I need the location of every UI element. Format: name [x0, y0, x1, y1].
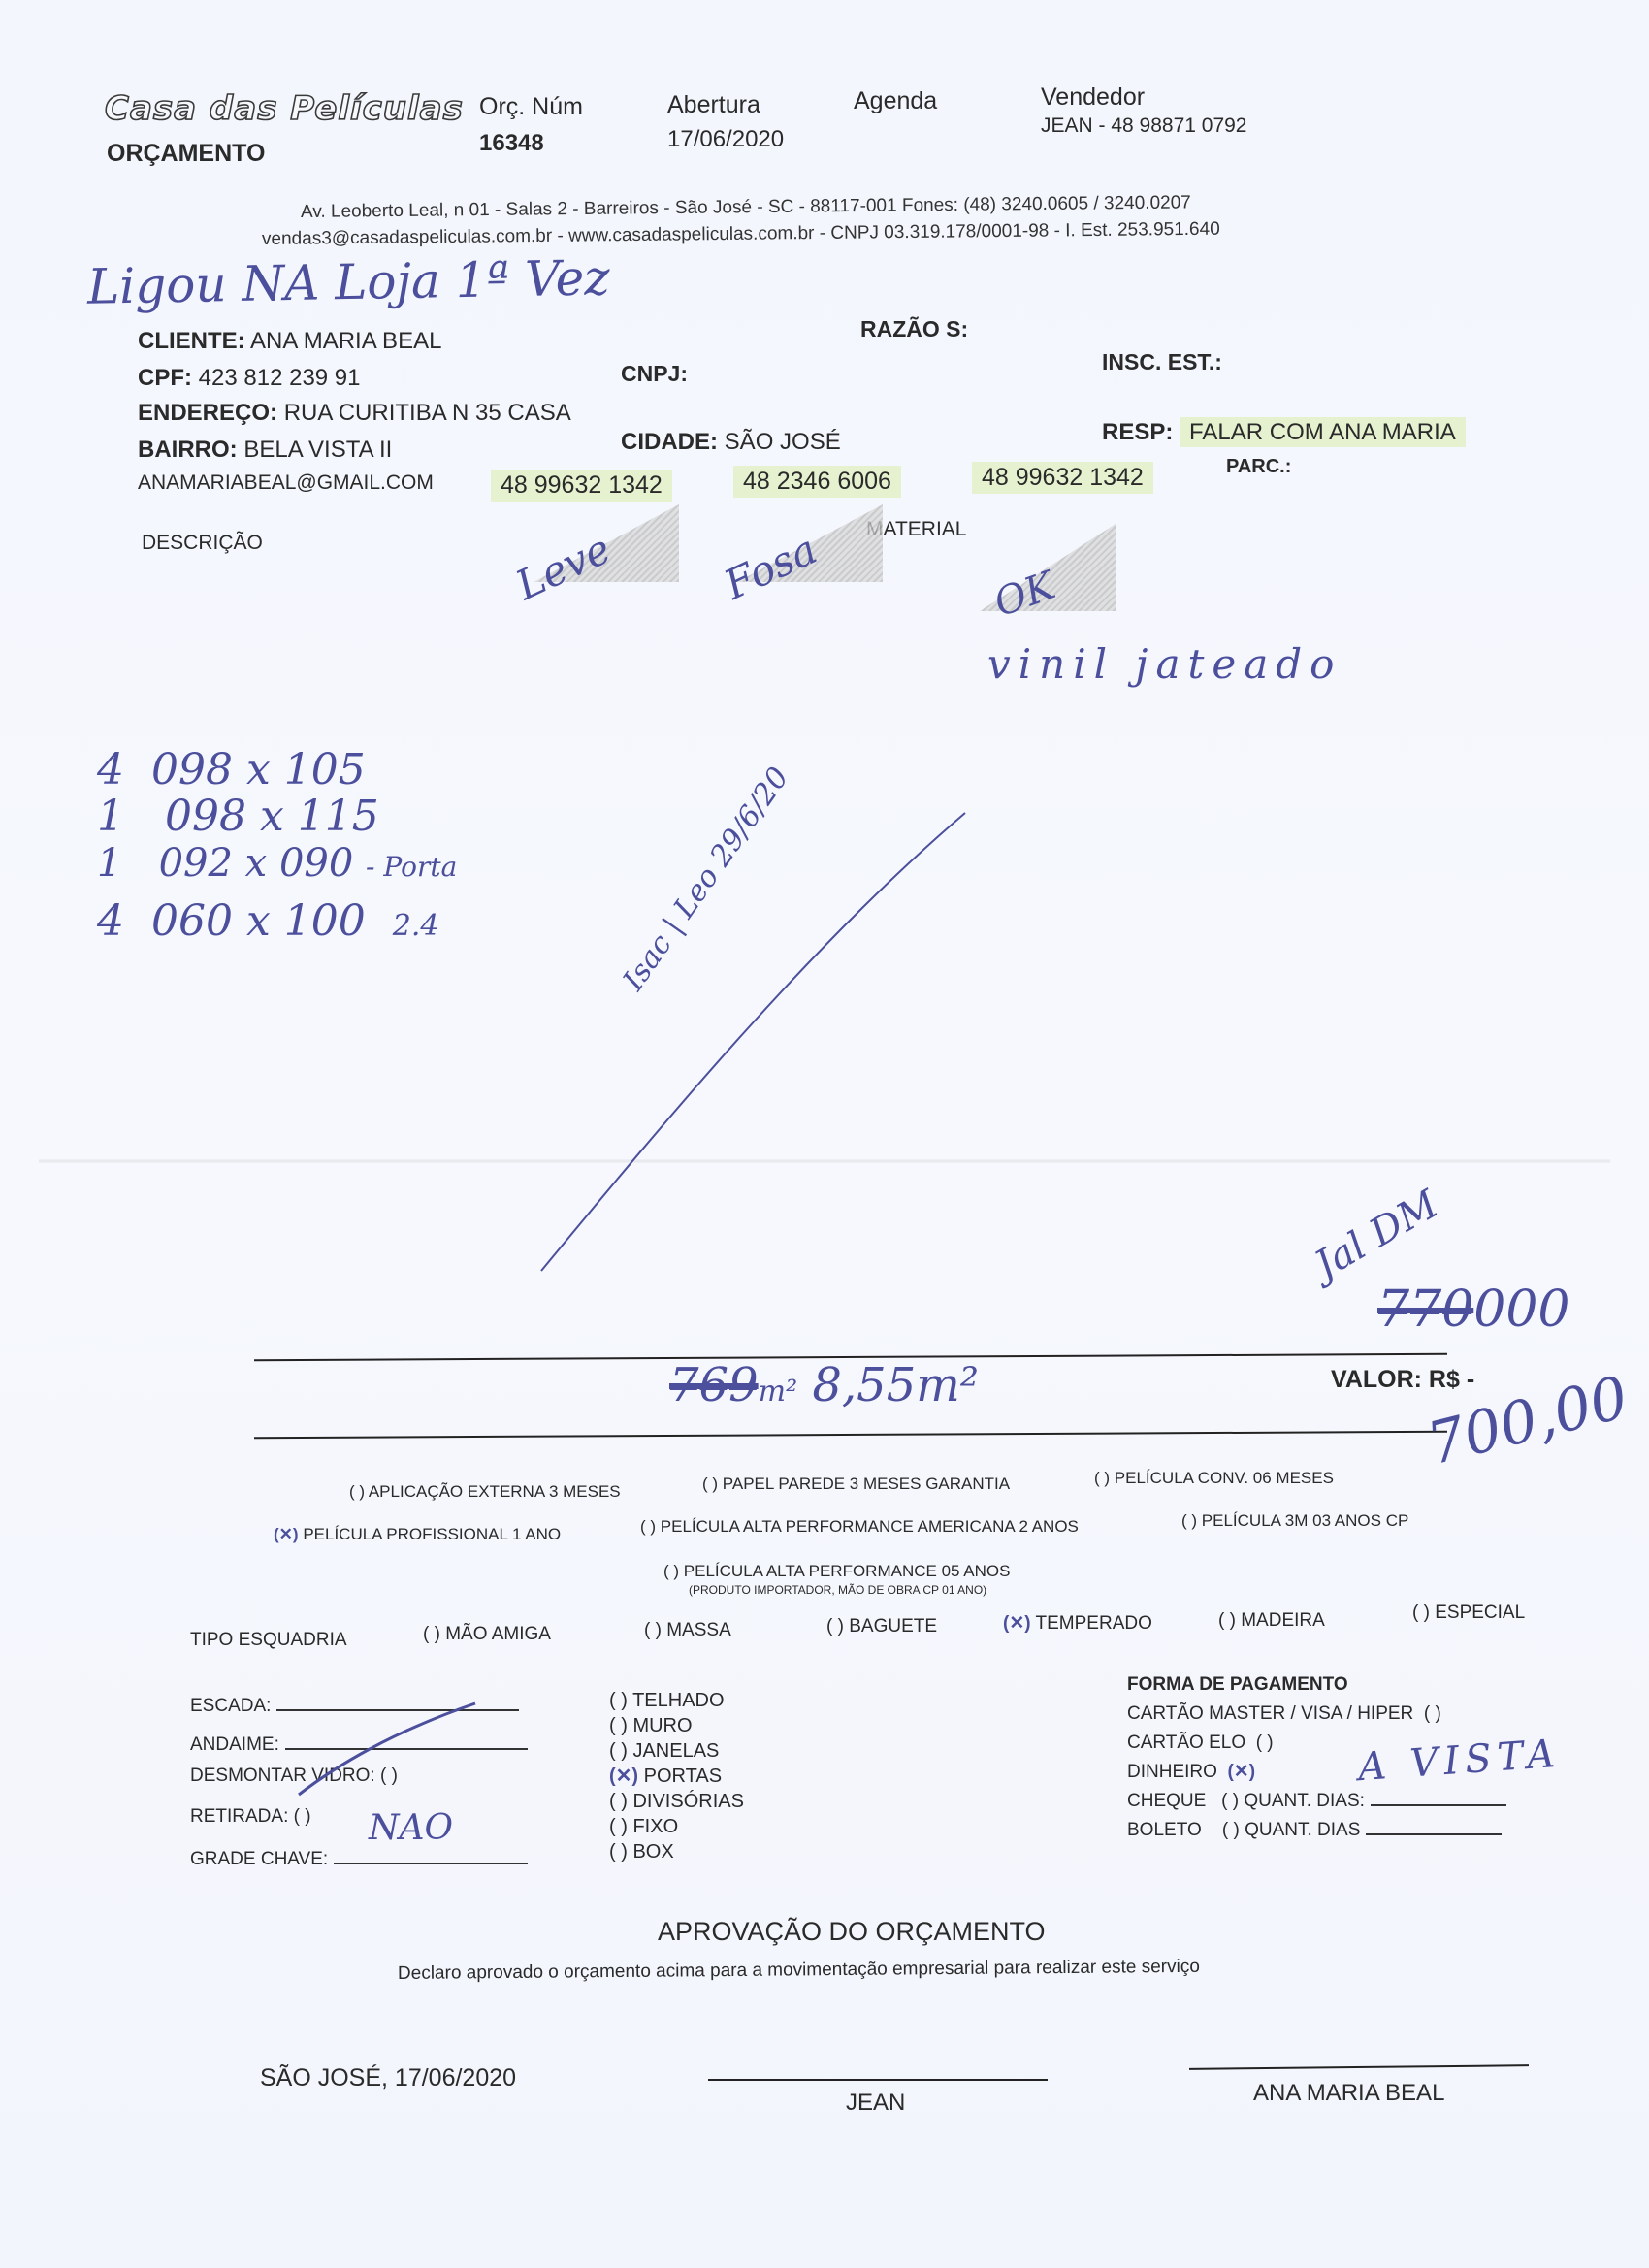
- handwritten-note-top: Ligou NA Loja 1ª Vez: [87, 249, 611, 314]
- rule-line: [254, 1431, 1447, 1439]
- cidade-label: CIDADE:: [621, 429, 718, 455]
- checkbox[interactable]: ( ): [644, 1620, 662, 1640]
- checkbox[interactable]: ( ): [609, 1715, 628, 1736]
- esquadria-label: TIPO ESQUADRIA: [190, 1630, 347, 1651]
- approval-title: APROVAÇÃO DO ORÇAMENTO: [658, 1917, 1046, 1947]
- checkbox[interactable]: ( ): [1181, 1511, 1197, 1530]
- local-label: MURO: [632, 1715, 692, 1736]
- quant-dias-label: QUANT. DIAS:: [1244, 1791, 1365, 1811]
- old-total-cents: 000: [1473, 1280, 1569, 1339]
- service-label: PAPEL PAREDE 3 MESES GARANTIA: [723, 1474, 1010, 1493]
- checkbox[interactable]: ( ): [1424, 1703, 1441, 1724]
- abertura-value: 17/06/2020: [667, 126, 784, 153]
- local-label: JANELAS: [632, 1740, 719, 1762]
- grade-field[interactable]: GRADE CHAVE:: [190, 1845, 528, 1870]
- checkbox[interactable]: ( ): [1222, 1820, 1240, 1840]
- local-option[interactable]: ( ) TELHADO: [609, 1688, 744, 1713]
- local-label: FIXO: [632, 1816, 678, 1837]
- handwritten-old-total: 7̶7̶0̶000: [1377, 1280, 1570, 1339]
- service-option[interactable]: ( ) PELÍCULA 3M 03 ANOS CP: [1181, 1511, 1408, 1531]
- struck-total: 7̶7̶0̶: [1377, 1280, 1473, 1339]
- checkbox[interactable]: ( ): [1256, 1733, 1274, 1753]
- endereco-label: ENDEREÇO:: [138, 400, 277, 426]
- measurement-dims: 098 x 105: [151, 745, 366, 794]
- bairro-label: BAIRRO:: [138, 437, 238, 463]
- checkbox[interactable]: ( ): [609, 1791, 628, 1812]
- payment-option[interactable]: CARTÃO MASTER / VISA / HIPER ( ): [1127, 1700, 1506, 1729]
- area-unit: m²: [759, 1375, 797, 1409]
- grade-input-line[interactable]: [334, 1845, 528, 1864]
- checkbox[interactable]: ( ): [1094, 1469, 1110, 1487]
- strike-line: [291, 1698, 485, 1804]
- esquadria-option-label: TEMPERADO: [1036, 1613, 1152, 1634]
- local-option[interactable]: ( ) JANELAS: [609, 1738, 744, 1764]
- agenda-label: Agenda: [854, 87, 937, 115]
- cpf-label: CPF:: [138, 365, 192, 391]
- insc-est-label: INSC. EST.:: [1102, 349, 1222, 375]
- checkbox[interactable]: ( ): [1412, 1603, 1430, 1623]
- service-label: PELÍCULA ALTA PERFORMANCE AMERICANA 2 AN…: [661, 1517, 1079, 1536]
- checkbox[interactable]: ( ): [1218, 1610, 1236, 1631]
- service-option[interactable]: ( ) PELÍCULA ALTA PERFORMANCE AMERICANA …: [640, 1517, 1079, 1537]
- checkbox[interactable]: ( ): [349, 1482, 365, 1501]
- payment-label: CARTÃO MASTER / VISA / HIPER: [1127, 1703, 1413, 1724]
- measurement-row: 4 060 x 100 2.4: [97, 891, 457, 957]
- company-contact: vendas3@casadaspeliculas.com.br - www.ca…: [262, 219, 1220, 250]
- handwritten-signature-side: Jal DM: [1308, 1182, 1446, 1287]
- cliente-label: CLIENTE:: [138, 328, 245, 354]
- local-option[interactable]: ( ) FIXO: [609, 1814, 744, 1839]
- scanned-document: Casa das Películas ORÇAMENTO Orç. Núm 16…: [0, 0, 1649, 2268]
- esquadria-option[interactable]: ( ) ESPECIAL: [1412, 1603, 1525, 1624]
- orc-num-value: 16348: [479, 130, 544, 157]
- checkbox[interactable]: ( ): [609, 1841, 628, 1863]
- cpf-value: 423 812 239 91: [199, 365, 361, 391]
- approval-statement: Declaro aprovado o orçamento acima para …: [398, 1957, 1200, 1985]
- checkbox[interactable]: ( ): [826, 1616, 844, 1636]
- measurement-row: 1 092 x 090 - Porta: [97, 840, 457, 891]
- service-label: PELÍCULA ALTA PERFORMANCE 05 ANOS: [684, 1562, 1011, 1580]
- handwritten-area: 7̶6̶9̶m² 8,55m²: [669, 1358, 979, 1412]
- phone-1: 48 99632 1342: [491, 470, 672, 502]
- checkbox[interactable]: ( ): [609, 1816, 628, 1837]
- esquadria-option[interactable]: (✕) TEMPERADO: [1003, 1612, 1152, 1635]
- service-label: PELÍCULA CONV. 06 MESES: [1115, 1469, 1334, 1487]
- resp-value: FALAR COM ANA MARIA: [1180, 417, 1466, 447]
- payment-option[interactable]: BOLETO ( ) QUANT. DIAS: [1127, 1816, 1506, 1845]
- company-logo: Casa das Películas: [105, 89, 464, 128]
- company-address: Av. Leoberto Leal, n 01 - Salas 2 - Barr…: [301, 192, 1191, 223]
- checkbox-checked[interactable]: (✕): [609, 1766, 638, 1787]
- local-label: TELHADO: [632, 1690, 724, 1711]
- payment-label: BOLETO: [1127, 1820, 1202, 1840]
- vendedor-value: JEAN - 48 98871 0792: [1041, 114, 1246, 138]
- esquadria-option-label: MASSA: [666, 1620, 731, 1640]
- checkbox[interactable]: ( ): [1221, 1791, 1239, 1811]
- checkbox[interactable]: ( ): [423, 1624, 440, 1644]
- local-option[interactable]: (✕) PORTAS: [609, 1764, 744, 1789]
- orc-num-label: Orç. Núm: [479, 93, 583, 121]
- quant-dias-input[interactable]: [1366, 1816, 1502, 1835]
- measurement-note: - Porta: [366, 851, 457, 883]
- cliente-value: ANA MARIA BEAL: [250, 328, 441, 354]
- service-label: APLICAÇÃO EXTERNA 3 MESES: [369, 1482, 621, 1501]
- local-option[interactable]: ( ) MURO: [609, 1713, 744, 1738]
- checkbox-checked[interactable]: (✕): [1227, 1762, 1255, 1782]
- checkbox[interactable]: ( ): [702, 1474, 718, 1493]
- local-label: DIVISÓRIAS: [632, 1791, 743, 1812]
- esquadria-option-label: BAGUETE: [849, 1616, 937, 1636]
- retirada-field[interactable]: RETIRADA: ( ): [190, 1806, 311, 1828]
- service-option[interactable]: (✕) PELÍCULA PROFISSIONAL 1 ANO: [274, 1525, 561, 1544]
- measurement-dims: 098 x 115: [165, 792, 379, 841]
- payment-label: CARTÃO ELO: [1127, 1733, 1245, 1753]
- checkbox[interactable]: ( ): [663, 1562, 679, 1580]
- checkbox[interactable]: ( ): [640, 1517, 656, 1536]
- valor-label: VALOR: R$ -: [1331, 1366, 1474, 1394]
- handwritten-initials-2: Fosa: [717, 525, 824, 608]
- resp-field: RESP: FALAR COM ANA MARIA: [1102, 419, 1466, 446]
- local-option[interactable]: ( ) BOX: [609, 1839, 744, 1864]
- measurement-qty: 1: [97, 841, 121, 886]
- esquadria-option-label: MÃO AMIGA: [445, 1624, 551, 1644]
- descricao-label: DESCRIÇÃO: [142, 532, 263, 555]
- andaime-label: ANDAIME:: [190, 1734, 279, 1755]
- approval-place-date: SÃO JOSÉ, 17/06/2020: [260, 2064, 516, 2092]
- measurement-row: 4 098 x 105: [97, 747, 457, 794]
- endereco-field: ENDEREÇO: RUA CURITIBA N 35 CASA: [138, 400, 571, 427]
- esquadria-option-label: ESPECIAL: [1435, 1603, 1525, 1623]
- handwritten-initials-1: Leve: [508, 525, 618, 609]
- resp-label: RESP:: [1102, 419, 1173, 445]
- client-sign-name: ANA MARIA BEAL: [1253, 2080, 1444, 2107]
- checkbox[interactable]: ( ): [294, 1806, 311, 1827]
- locais-list: ( ) TELHADO ( ) MURO ( ) JANELAS (✕) POR…: [609, 1688, 744, 1864]
- retirada-label: RETIRADA:: [190, 1806, 288, 1827]
- checkbox-checked[interactable]: (✕): [1003, 1613, 1031, 1634]
- local-option[interactable]: ( ) DIVISÓRIAS: [609, 1789, 744, 1814]
- service-sub-note: (PRODUTO IMPORTADOR, MÃO DE OBRA CP 01 A…: [689, 1583, 986, 1597]
- seller-signature-line: [708, 2079, 1048, 2081]
- bairro-field: BAIRRO: BELA VISTA II: [138, 437, 392, 464]
- cidade-value: SÃO JOSÉ: [725, 429, 841, 455]
- diagonal-line: [524, 795, 989, 1280]
- measurement-row: 1 098 x 115: [97, 794, 457, 840]
- area-struck: 7̶6̶9̶: [669, 1358, 759, 1412]
- measurement-qty: 1: [97, 792, 124, 841]
- quant-dias-input[interactable]: [1371, 1787, 1506, 1806]
- esquadria-option[interactable]: ( ) MASSA: [644, 1620, 731, 1641]
- checkbox-checked[interactable]: (✕): [274, 1525, 299, 1543]
- service-label: PELÍCULA 3M 03 ANOS CP: [1202, 1511, 1409, 1530]
- measurement-note: 2.4: [393, 909, 439, 943]
- handwritten-material-note: vinil jateado: [987, 640, 1342, 688]
- measurement-qty: 4: [97, 745, 124, 794]
- esquadria-option[interactable]: ( ) MÃO AMIGA: [423, 1624, 551, 1645]
- service-option[interactable]: ( ) PAPEL PAREDE 3 MESES GARANTIA: [702, 1474, 1010, 1494]
- esquadria-option[interactable]: ( ) MADEIRA: [1218, 1610, 1325, 1632]
- payment-title: FORMA DE PAGAMENTO: [1127, 1670, 1506, 1700]
- payment-option[interactable]: CHEQUE ( ) QUANT. DIAS:: [1127, 1787, 1506, 1816]
- client-signature-line: [1189, 2064, 1529, 2070]
- payment-label: DINHEIRO: [1127, 1762, 1217, 1782]
- escada-label: ESCADA:: [190, 1696, 271, 1716]
- cidade-field: CIDADE: SÃO JOSÉ: [621, 429, 841, 456]
- handwritten-retirada-note: NAO: [369, 1808, 453, 1848]
- esquadria-option-label: MADEIRA: [1241, 1610, 1325, 1631]
- measurement-dims: 092 x 090: [159, 841, 354, 886]
- measurement-qty: 4: [97, 896, 124, 946]
- vendedor-label: Vendedor: [1041, 83, 1145, 112]
- cnpj-label: CNPJ:: [621, 361, 688, 387]
- esquadria-option[interactable]: ( ) BAGUETE: [826, 1616, 937, 1637]
- checkbox[interactable]: ( ): [609, 1690, 628, 1711]
- service-label: PELÍCULA PROFISSIONAL 1 ANO: [303, 1525, 561, 1543]
- grade-label: GRADE CHAVE:: [190, 1849, 328, 1869]
- client-email: ANAMARIABEAL@GMAIL.COM: [138, 471, 434, 495]
- checkbox[interactable]: ( ): [609, 1740, 628, 1762]
- service-option[interactable]: ( ) PELÍCULA CONV. 06 MESES: [1094, 1469, 1334, 1488]
- local-label: PORTAS: [644, 1766, 722, 1787]
- measurement-dims: 060 x 100: [151, 896, 366, 946]
- service-option[interactable]: ( ) APLICAÇÃO EXTERNA 3 MESES: [349, 1482, 621, 1502]
- doc-type: ORÇAMENTO: [107, 140, 265, 168]
- bairro-value: BELA VISTA II: [243, 437, 392, 463]
- phone-3: 48 99632 1342: [972, 462, 1153, 494]
- measurements-list: 4 098 x 105 1 098 x 115 1 092 x 090 - Po…: [97, 747, 457, 957]
- quant-dias-label: QUANT. DIAS: [1245, 1820, 1360, 1840]
- cpf-field: CPF: 423 812 239 91: [138, 365, 361, 392]
- abertura-label: Abertura: [667, 91, 760, 119]
- phone-2: 48 2346 6006: [733, 466, 901, 498]
- area-value: 8,55m²: [812, 1358, 979, 1412]
- local-label: BOX: [632, 1841, 673, 1863]
- cliente-field: CLIENTE: ANA MARIA BEAL: [138, 328, 441, 355]
- service-option[interactable]: ( ) PELÍCULA ALTA PERFORMANCE 05 ANOS: [663, 1562, 1010, 1581]
- parc-label: PARC.:: [1226, 456, 1291, 478]
- razao-label: RAZÃO S:: [860, 316, 968, 342]
- endereco-value: RUA CURITIBA N 35 CASA: [284, 400, 571, 426]
- payment-label: CHEQUE: [1127, 1791, 1206, 1811]
- seller-sign-name: JEAN: [846, 2090, 905, 2117]
